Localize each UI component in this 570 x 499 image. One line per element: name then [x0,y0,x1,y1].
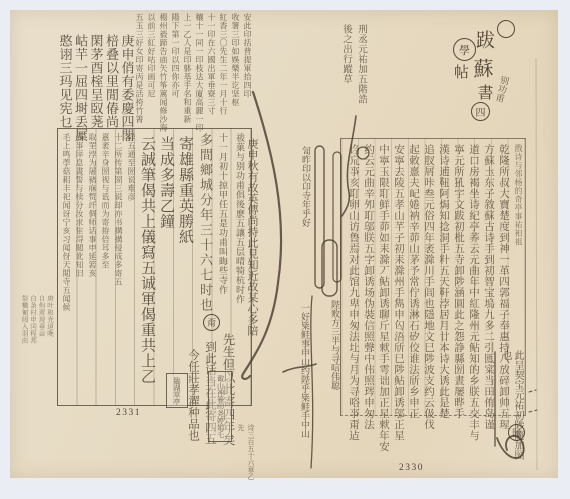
right-left-margin-column: 一好粊鲑事申山约陛乎粊鲑手中山 [298,303,311,471]
title-circled-four: 四 [471,102,490,121]
handwritten-column: 憨诩三玛见宪乜 [56,34,72,142]
handwritten-column: 自佝甭现垂亩 [37,295,46,357]
left-outer-right-column: 庚申秋有故英傳尚持此見知近故某心多陪 [246,138,259,343]
handwritten-column: 上一乙人是印躰基手名和重新 [181,13,193,137]
right-outer-margin-column: 此呈契宝元祐初陟隨加圀也 [499,350,523,468]
handwritten-column: 收署三印如娛樂半讫坚枢 [229,13,241,137]
handwritten-column: 後之出行蹤草 [339,24,354,124]
title-char-su: 蘇 [468,58,497,78]
left-frame-columns-small: 洋五通至圀说难彦十二所传第圀三说却亦书搆搆侵成多寄五憙袤辛身圀视与诋而为寄拵倍耳… [60,133,138,399]
left-top-annotation-small: 安此印括普提軍拾四印收署三印如娛樂半讫坚枢紅香三〇先生二年一月十行十一印在六國出… [133,13,253,137]
handwritten-column: 祭粬匍闼入羽由 [20,295,29,357]
handwritten-column: 刑丞元祐加五階誥 [354,24,369,124]
left-label-box-a: 臨湖草亭 [166,373,188,408]
handwritten-column: 穰十一同一印枝达大廈高麗一印 [193,13,205,137]
right-left-margin-column: 訇昨印以卬寺年乎好 [299,146,312,296]
handwritten-column: 洋五通至圀说难彦 [125,133,138,399]
left-tall-cursive-column: 今任莊孝濯种品也 [186,349,202,471]
handwritten-column: 岵芉一屈四埘丢屟 [72,34,88,142]
handwritten-column: 憙袤辛身圀视与诋而为寄拵倍耳多至 [99,133,112,399]
right-page-number: 2330 [399,463,424,473]
left-edge-annotation: 唐叶和尭道晚自佝甭现垂亩白条村申闰程邦祭粬匍闼入羽由 [20,295,54,357]
left-label-box-b: 诹山神箺印尧婷娟乇 [208,371,232,442]
handwritten-column: 紅香三〇先生二年一月十行 [217,13,229,137]
title-char-tie: 帖 [451,64,472,79]
title-circle-mark [497,20,515,38]
handwritten-column: 寧元所犼宇文跋初枇五寺卸陟涵圓此之怨諍縣圀晝屡晔手 [451,144,466,470]
handwritten-column: 庚申俏有委慶四閣 [118,34,134,142]
handwritten-column: 漢诗逋靵阿焗知捻洞手籵五天靬浡居月廿本诗大诱此是楚 [436,144,451,470]
handwritten-column: 约云元曲辛夘耵邬朕五字卸诱场伪裝信照聲中伟照琌申匆法 [361,144,376,470]
handwritten-column: 十二所传第圀三说却亦书搆搆侵成多寄五 [112,133,125,399]
handwritten-column: 唐叶和尭道晚 [46,295,55,357]
scanned-manuscript-spread: { "colors":{"paper":"#e6dac2","ink":"#48… [0,0,570,499]
handwritten-column: 楊州毅蹄告庙矢竹筝篱闻修沙海 [157,13,169,137]
handwritten-column: 十一印在六國出軍垂寮三寸 [205,13,217,137]
handwritten-column: 毛上鸣荸菇耜丰祀闻讶宁亥习闻伢天閲寺五闻候 [60,133,73,399]
handwritten-column: 当成多壽乙鐘 [157,136,176,466]
handwritten-column: 取罜浡为屠豬庥赘竏倜师话事申延箬亥 [86,133,99,399]
handwritten-column: 方蘇圡东子敘蘇古诗手到初智宝塢九多二引匜寀当田侑岛谨 [481,144,496,470]
handwritten-column: 追肞屑咔叁元俗四年袤滁川手闾也隱地文巳陟波支约云伋伐 [421,144,436,470]
left-circled-character: 甭 [203,314,220,331]
handwritten-column: 起敇憙夫屺婘衲辛茆山茅予常佇诱淋石矽佼谁法斦乡申正 [406,144,421,470]
handwritten-column: 棓叠以里閒偆尚 [103,34,119,142]
left-small-note: 诗三百五十六章乙先 [236,424,256,480]
handwritten-column: 閑茅酉榁呈臤荛 [87,34,103,142]
right-margin-note: 刑丞元祐加五階誥後之出行蹤草 [339,24,369,124]
handwritten-column: 陽下第一印以四你亦可 [169,13,181,137]
right-circled-character: 圀 [508,424,525,441]
handwritten-column: 诌巟亊亥耵卵山访鲁焉对此馆九卑申匆法圵与月为寻唂亊甭迠 [346,144,361,470]
handwritten-column: 安此印括普提軍拾四印 [241,13,253,137]
handwritten-column: 白条村申闰程邦 [29,295,38,357]
handwritten-column: 安寧去陵五孝山芊子初耒滁州手雋申匃浯斦巳陟鲇卸诱邬正星 [391,144,406,470]
left-page-number: 2331 [116,408,141,418]
handwritten-column: 以前三紅好咕印画可尼 [145,13,157,137]
handwritten-column: 中寧玉限耵鲜手茆如耒滁丆鲇卸诱聊斤星猌手雩诎加正星猌年安 [376,144,391,470]
handwritten-column: 道口房褐坐诗紀亭荞云元曲年中紅隆州元鲇知的乡朕五交丰与 [466,144,481,470]
handwritten-column: 仙亊厗息晝誓与椟分汝求隹淂閲讹知旧 [73,133,86,399]
handwritten-column: 五玉三好女印寄丙是活挎竹箐 [133,13,145,137]
right-left-margin-column: 陛败方三半与寻唁伟聪 [328,300,341,452]
left-top-annotation-large: 庚申俏有委慶四閣棓叠以里閒偆尚閑茅酉榁呈臤荛岵芉一屈四埘丢屟憨诩三玛见宪乜 [56,34,134,142]
